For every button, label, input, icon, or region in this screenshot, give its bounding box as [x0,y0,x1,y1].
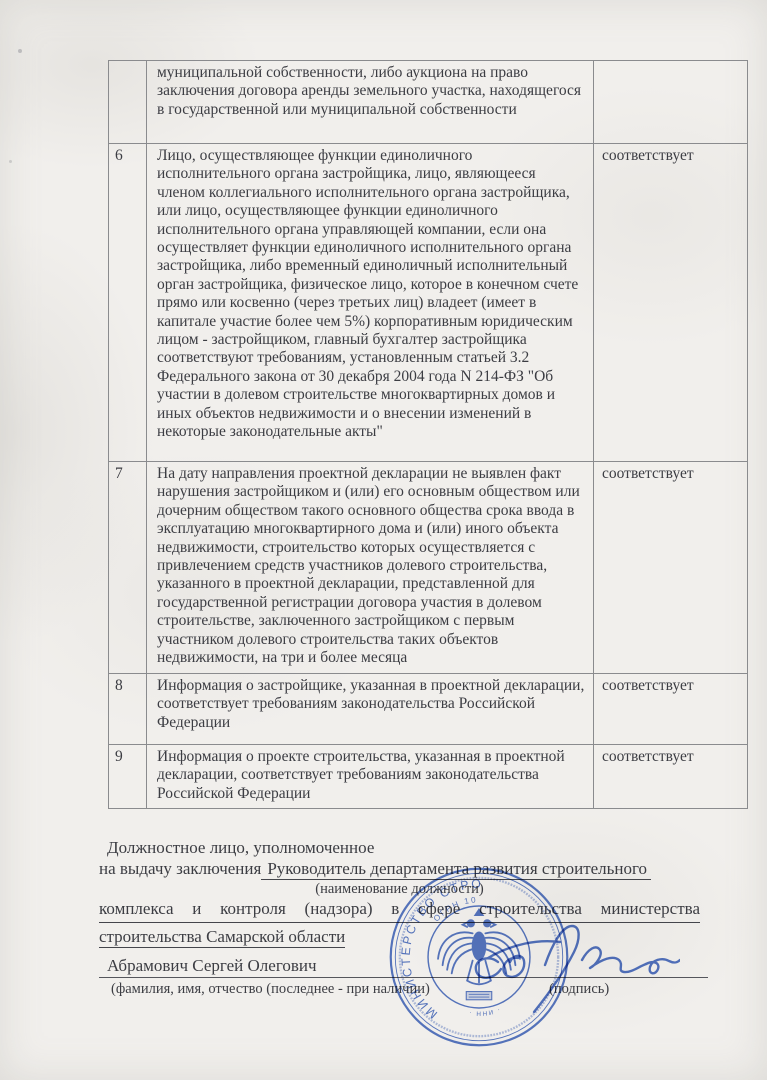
table-row: муниципальной собственности, либо аукцио… [109,61,748,144]
table-row: 7 На дату направления проектной декларац… [109,462,748,674]
status-cell: соответствует [594,674,748,745]
official-title-line1: Должностное лицо, уполномоченное [107,838,374,858]
requirement-text: Информация о проекте строительства, указ… [147,745,594,809]
position-title-end-underlined: строительства Самарской области [99,927,345,948]
scan-speck [18,49,22,53]
row-number [109,61,147,144]
row-number: 9 [109,745,147,809]
requirement-text: Информация о застройщике, указанная в пр… [147,674,594,745]
position-title-end: строительства Самарской области [99,927,345,947]
table-row: 8 Информация о застройщике, указанная в … [109,674,748,745]
scanned-document-page: муниципальной собственности, либо аукцио… [0,0,767,1080]
row-number: 8 [109,674,147,745]
status-cell: соответствует [594,144,748,462]
table-row: 6 Лицо, осуществляющее функции единоличн… [109,144,748,462]
status-cell: соответствует [594,745,748,809]
signature-scrawl [430,858,680,1023]
status-cell: соответствует [594,462,748,674]
table-row: 9 Информация о проекте строительства, ук… [109,745,748,809]
row-number: 7 [109,462,147,674]
line2-prefix: на выдачу заключения [99,859,261,878]
scan-speck [9,160,12,163]
row-number: 6 [109,144,147,462]
requirement-text: На дату направления проектной декларации… [147,462,594,674]
requirement-text: Лицо, осуществляющее функции единоличног… [147,144,594,462]
name-caption: (фамилия, имя, отчество (последнее - при… [111,981,430,998]
compliance-table: муниципальной собственности, либо аукцио… [108,60,748,809]
status-cell [594,61,748,144]
requirement-text: муниципальной собственности, либо аукцио… [147,61,594,144]
